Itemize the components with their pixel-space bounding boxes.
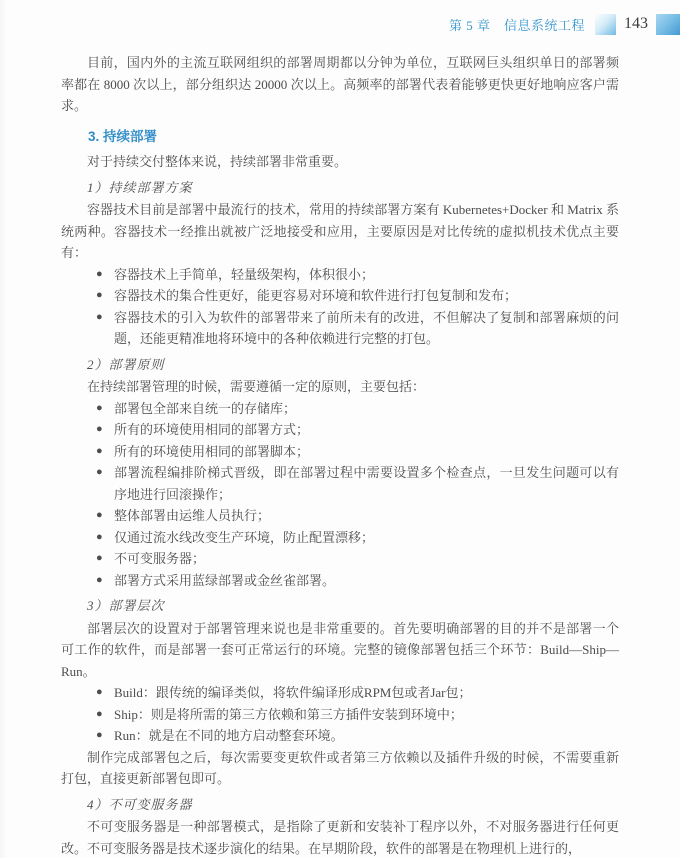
list-item: 部署流程编排阶梯式晋级，即在部署过程中需要设置多个检查点，一旦发生问题可以有序地…: [96, 462, 619, 505]
header-gradient-square-icon: [595, 14, 616, 35]
list-item: 容器技术的集合性更好，能更容易对环境和软件进行打包复制和发布；: [96, 285, 619, 307]
list-item: 部署包全部来自统一的存储库；: [96, 398, 619, 420]
list-item: 所有的环境使用相同的部署脚本；: [96, 441, 619, 463]
paragraph-levels: 部署层次的设置对于部署管理来说也是非常重要的。首先要明确部署的目的并不是部署一个…: [61, 618, 619, 683]
list-item: 仅通过流水线改变生产环境，防止配置漂移；: [96, 527, 619, 549]
subheading-immutable-server: 4）不可变服务器: [61, 794, 619, 816]
subheading-deployment-principles: 2）部署原则: [61, 354, 619, 376]
paragraph-overview: 对于持续交付整体来说，持续部署非常重要。: [61, 151, 619, 173]
paragraph-principles-intro: 在持续部署管理的时候，需要遵循一定的原则，主要包括：: [61, 376, 619, 398]
subheading-deployment-plan: 1）持续部署方案: [61, 177, 619, 199]
list-item: 容器技术的引入为软件的部署带来了前所未有的改进，不但解决了复制和部署麻烦的问题，…: [96, 307, 619, 350]
section-heading-continuous-deployment: 3. 持续部署: [88, 126, 619, 148]
bullet-list-deployment-principles: 部署包全部来自统一的存储库； 所有的环境使用相同的部署方式； 所有的环境使用相同…: [61, 398, 619, 592]
list-item: Run：就是在不同的地方启动整套环境。: [96, 725, 619, 747]
bullet-list-build-ship-run: Build：跟传统的编译类似，将软件编译形成RPM包或者Jar包； Ship：则…: [61, 682, 619, 747]
list-item: Build：跟传统的编译类似，将软件编译形成RPM包或者Jar包；: [96, 682, 619, 704]
paragraph-immutable-server: 不可变服务器是一种部署模式，是指除了更新和安装补丁程序以外，不对服务器进行任何更…: [61, 816, 619, 858]
page-number: 143: [618, 15, 654, 33]
list-item: 容器技术上手简单，轻量级架构，体积很小；: [96, 264, 619, 286]
list-item: 整体部署由运维人员执行；: [96, 505, 619, 527]
bullet-list-container-advantages: 容器技术上手简单，轻量级架构，体积很小； 容器技术的集合性更好，能更容易对环境和…: [61, 264, 619, 350]
page-content: 目前，国内外的主流互联网组织的部署周期都以分钟为单位，互联网巨头组织单日的部署频…: [61, 52, 619, 858]
subheading-deployment-levels: 3）部署层次: [61, 595, 619, 617]
book-page: 第 5 章 信息系统工程 143 目前，国内外的主流互联网组织的部署周期都以分钟…: [0, 0, 680, 858]
list-item: Ship：则是将所需的第三方依赖和第三方插件安装到环境中；: [96, 704, 619, 726]
page-header: 第 5 章 信息系统工程 143: [449, 13, 680, 35]
list-item: 不可变服务器；: [96, 548, 619, 570]
header-edge-square-icon: [656, 14, 680, 35]
paragraph-deploy-frequency: 目前，国内外的主流互联网组织的部署周期都以分钟为单位，互联网巨头组织单日的部署频…: [61, 52, 619, 117]
list-item: 部署方式采用蓝绿部署或金丝雀部署。: [96, 570, 619, 592]
chapter-title: 第 5 章 信息系统工程: [449, 15, 585, 34]
list-item: 所有的环境使用相同的部署方式；: [96, 419, 619, 441]
paragraph-container-tech: 容器技术目前是部署中最流行的技术，常用的持续部署方案有 Kubernetes+D…: [61, 199, 619, 264]
paragraph-package-update: 制作完成部署包之后，每次需要变更软件或者第三方依赖以及插件升级的时候，不需要重新…: [61, 747, 619, 790]
